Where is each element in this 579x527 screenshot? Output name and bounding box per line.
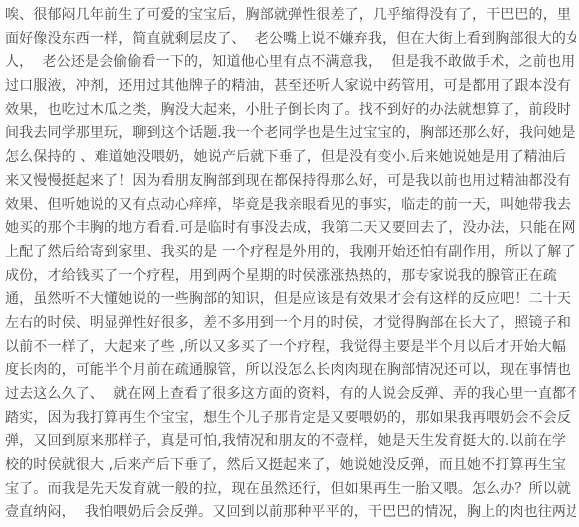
text-line: 上配了然后给寄到家里、我买的是 一个疗程是外用的，我刚开始还怕有副作用，所以了解… bbox=[5, 241, 576, 265]
text-line: 间我去同学那里玩，聊到这个话题.我一个老同学也是生过宝宝的，胸部还那么好，我问她… bbox=[5, 122, 576, 146]
text-line: 过去这么久了、 就在网上查看了很多这方面的资料，有的人说会反弹、弄的我心里一直都… bbox=[5, 383, 576, 407]
text-line: 唉、很郁闷几年前生了可爱的宝宝后，胸部就弹性很差了，几乎缩得没有了，干巴巴的，里 bbox=[5, 4, 576, 28]
text-line: 校的时侯就很大 ,后来产后下垂了，然后又挺起来了，她说她没反弹，而且她不打算再生… bbox=[5, 454, 576, 478]
text-line: 效果、但听她说的又有点动心痒痒，毕竟是我亲眼看见的事实，临走的前一天，叫她带我去 bbox=[5, 194, 576, 218]
text-line: 以前不一样了，大起来了些 ,所以又多买了一个疗程，我觉得主要是半个月以后才开始大… bbox=[5, 336, 576, 360]
text-line: 通，虽然听不大懂她说的一些胸部的知识，但是应该是有效果才会有这样的反应吧！二十天 bbox=[5, 288, 576, 312]
text-line: 成份，才给钱买了一个疗程，用到两个星期的时侯涨涨热热的，那专家说我的腺管正在疏 bbox=[5, 265, 576, 289]
text-line: 她买的那个丰胸的地方看看.可是临时有事没去成，我第二天又要回去了，没办法，只能在… bbox=[5, 217, 576, 241]
text-line: 弹，又回到原来那样子，真是可怕,我情况和朋友的不壹样，她是天生发育挺大的.以前在… bbox=[5, 430, 576, 454]
text-line: 人， 老公还是会偷偷看一下的，知道他心里有点不满意我， 但是我不敢做手术，之前也… bbox=[5, 51, 576, 75]
text-line: 怎么保持的 、难道她没喂奶，她说产后就下垂了，但是没有变小.后来她说她是用了精油… bbox=[5, 146, 576, 170]
text-line: 踏实，因为我打算再生个宝宝，想生个儿子那肯定是又要喂奶的，那如果我再喂奶会不会反 bbox=[5, 407, 576, 431]
text-document: 唉、很郁闷几年前生了可爱的宝宝后，胸部就弹性很差了，几乎缩得没有了，干巴巴的，里… bbox=[0, 0, 579, 527]
text-line: 宝了。而我是先天发育就一般的拉，现在虽然还行，但如果再生一胎又喂。怎么办？所以就 bbox=[5, 478, 576, 502]
text-line: 过口服液，冲剂，还用过其他牌子的精油，甚至还听人家说中药管用，可是都用了跟本没有 bbox=[5, 75, 576, 99]
text-line: 面好像没东西一样，简直就剩层皮了、 老公嘴上说不嫌弃我，但在大街上看到胸部很大的… bbox=[5, 28, 576, 52]
text-line: 效果，也吃过木瓜之类，胸没大起来，小肚子倒长肉了。找不到好的办法就想算了，前段时 bbox=[5, 99, 576, 123]
text-line: 度长肉的，可能半个月前在疏通腺管，所以没怎么长肉肉现在胸部情况还可以，现在事情也 bbox=[5, 359, 576, 383]
text-line: 壹直纳闷， 我怕喂奶后会反弹。又回到以前那种平平的，干巴巴的情况，胸上的肉也往两… bbox=[5, 501, 576, 525]
text-line: 来又慢慢挺起来了！因为看朋友胸部到现在都保持得那么好，可是我以前也用过精油都没有 bbox=[5, 170, 576, 194]
text-line: 左右的时侯、明显弹性好很多，差不多用到一个月的时侯，才觉得胸部在长大了，照镜子和 bbox=[5, 312, 576, 336]
